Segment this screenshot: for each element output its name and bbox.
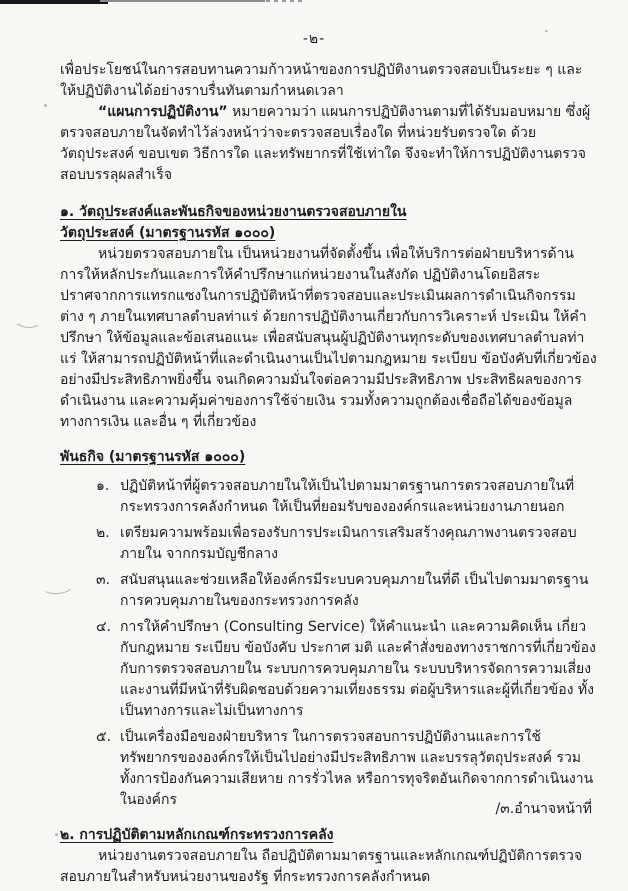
section-2-paragraph: หน่วยงานตรวจสอบภายใน ถือปฏิบัติตามมาตรฐา… [60,846,597,888]
mission-item-text: เตรียมความพร้อมเพื่อรองรับการประเมินการเ… [120,523,597,565]
mission-item: ๒. เตรียมความพร้อมเพื่อรองรับการประเมินก… [60,523,597,565]
mission-item-text: การให้คำปรึกษา (Consulting Service) ให้ค… [120,617,597,722]
scan-artifact-top-bar [0,0,108,4]
mission-item-text: สนับสนุนและช่วยเหลือให้องค์กรมีระบบควบคุ… [120,570,597,612]
section-1-heading: ๑. วัตถุประสงค์และพันธกิจของหน่วยงานตรวจ… [60,202,597,223]
mission-item-number: ๔. [96,617,120,722]
document-content: เพื่อประโยชน์ในการสอบทานความก้าวหน้าของก… [60,60,597,888]
mission-item: ๔. การให้คำปรึกษา (Consulting Service) ใ… [60,617,597,722]
document-page: -๒- เพื่อประโยชน์ในการสอบทานความก้าวหน้า… [0,0,628,891]
intro-paragraph: เพื่อประโยชน์ในการสอบทานความก้าวหน้าของก… [60,60,597,102]
objective-paragraph: หน่วยตรวจสอบภายใน เป็นหน่วยงานที่จัดตั้ง… [60,244,597,433]
mission-item: ๑. ปฏิบัติหน้าที่ผู้ตรวจสอบภายในให้เป็นไ… [60,476,597,518]
mission-list: ๑. ปฏิบัติหน้าที่ผู้ตรวจสอบภายในให้เป็นไ… [60,476,597,811]
mission-item-number: ๕. [96,727,120,811]
mission-item-number: ๓. [96,570,120,612]
scan-artifact-curve-1 [13,309,42,329]
scan-artifact-top-dashes [266,0,304,2]
mission-item-number: ๒. [96,523,120,565]
footer-continuation-note: /๓.อำนาจหน้าที่ [495,798,592,820]
mission-item: ๓. สนับสนุนและช่วยเหลือให้องค์กรมีระบบคว… [60,570,597,612]
page-number: -๒- [0,28,628,50]
definition-paragraph: “แผนการปฏิบัติงาน” หมายความว่า แผนการปฏิ… [60,102,597,186]
objective-heading: วัตถุประสงค์ (มาตรฐานรหัส ๑๐๐๐) [60,223,597,244]
mission-heading: พันธกิจ (มาตรฐานรหัส ๑๐๐๐) [60,447,597,468]
scan-artifact-speck [55,833,58,836]
section-2-heading: ๒. การปฏิบัติตามหลักเกณฑ์กระทรวงการคลัง [60,825,597,846]
definition-term: “แผนการปฏิบัติงาน” [98,104,228,120]
scan-artifact-speck [44,104,47,107]
mission-item-text: ปฏิบัติหน้าที่ผู้ตรวจสอบภายในให้เป็นไปตา… [120,476,597,518]
scan-artifact-top-line [100,0,265,2]
mission-item-number: ๑. [96,476,120,518]
